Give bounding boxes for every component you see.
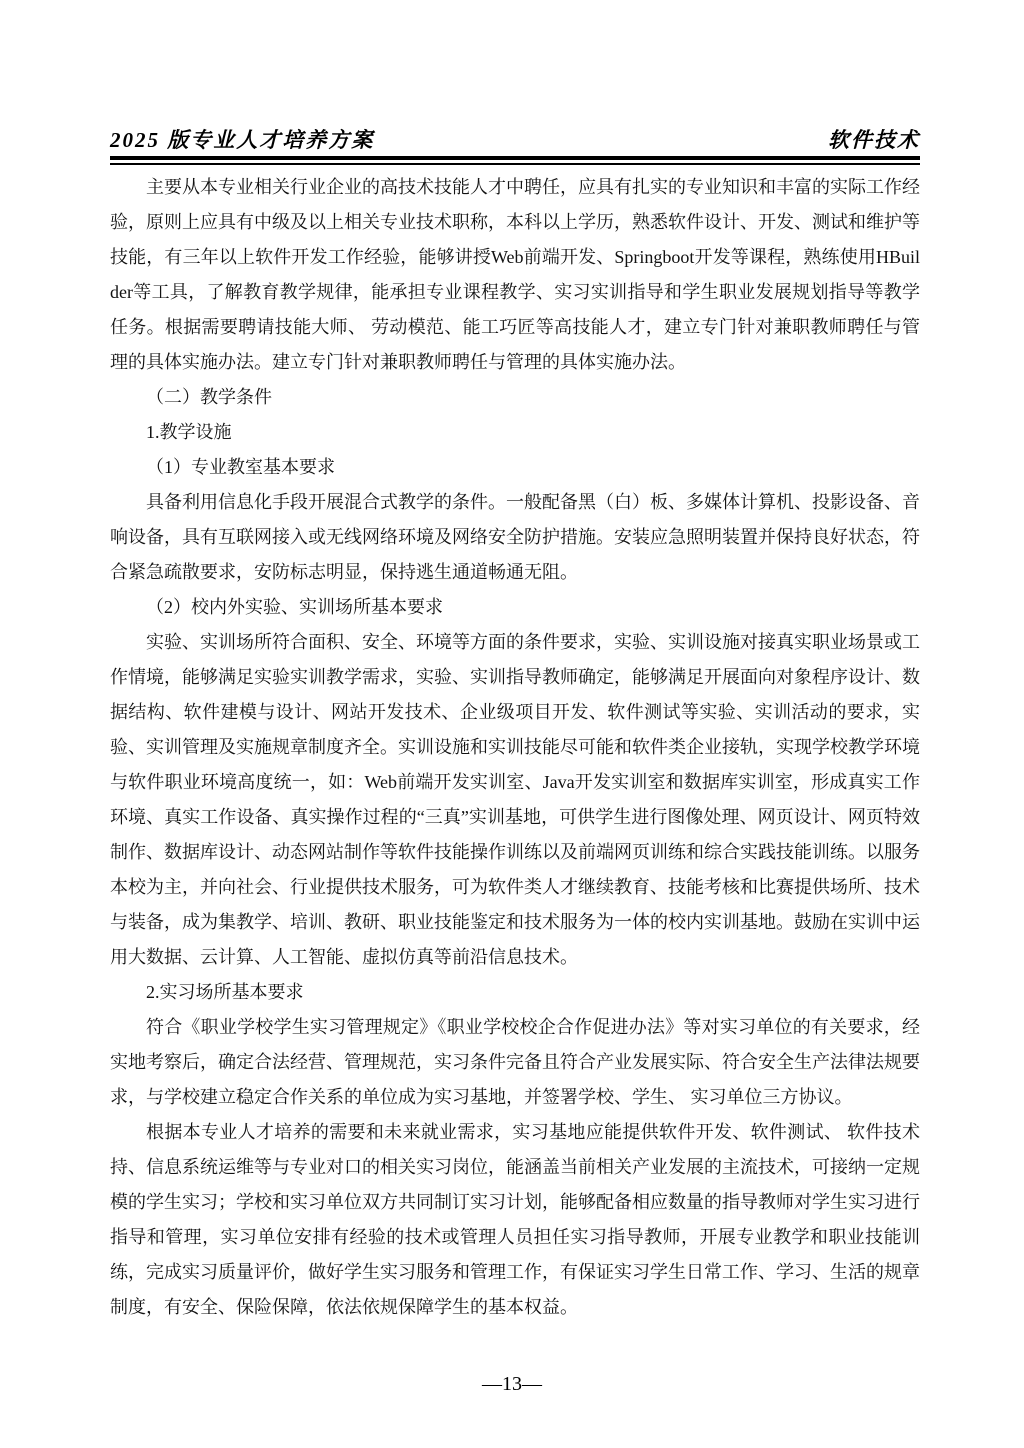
page-footer: —13— — [0, 1373, 1024, 1396]
paragraph: 实验、实训场所符合面积、安全、环境等方面的条件要求，实验、实训设施对接真实职业场… — [110, 625, 920, 975]
paragraph: 主要从本专业相关行业企业的高技术技能人才中聘任，应具有扎实的专业知识和丰富的实际… — [110, 170, 920, 380]
page-number: —13— — [482, 1373, 542, 1395]
paragraph: 根据本专业人才培养的需要和未来就业需求，实习基地应能提供软件开发、软件测试、 软… — [110, 1115, 920, 1325]
document-page: 2025 版专业人才培养方案 软件技术 主要从本专业相关行业企业的高技术技能人才… — [0, 0, 1024, 1448]
header-double-rule — [110, 156, 920, 165]
section-heading: （1）专业教室基本要求 — [110, 450, 920, 485]
header-major-name: 软件技术 — [828, 124, 920, 154]
section-heading: 1.教学设施 — [110, 415, 920, 450]
header-document-title: 2025 版专业人才培养方案 — [110, 124, 374, 154]
document-body: 主要从本专业相关行业企业的高技术技能人才中聘任，应具有扎实的专业知识和丰富的实际… — [110, 170, 920, 1325]
section-heading: 2.实习场所基本要求 — [110, 975, 920, 1010]
paragraph: 具备利用信息化手段开展混合式教学的条件。一般配备黑（白）板、多媒体计算机、投影设… — [110, 485, 920, 590]
section-heading: （2）校内外实验、实训场所基本要求 — [110, 590, 920, 625]
section-heading: （二）教学条件 — [110, 380, 920, 415]
page-header: 2025 版专业人才培养方案 软件技术 — [110, 124, 920, 154]
paragraph: 符合《职业学校学生实习管理规定》《职业学校校企合作促进办法》等对实习单位的有关要… — [110, 1010, 920, 1115]
